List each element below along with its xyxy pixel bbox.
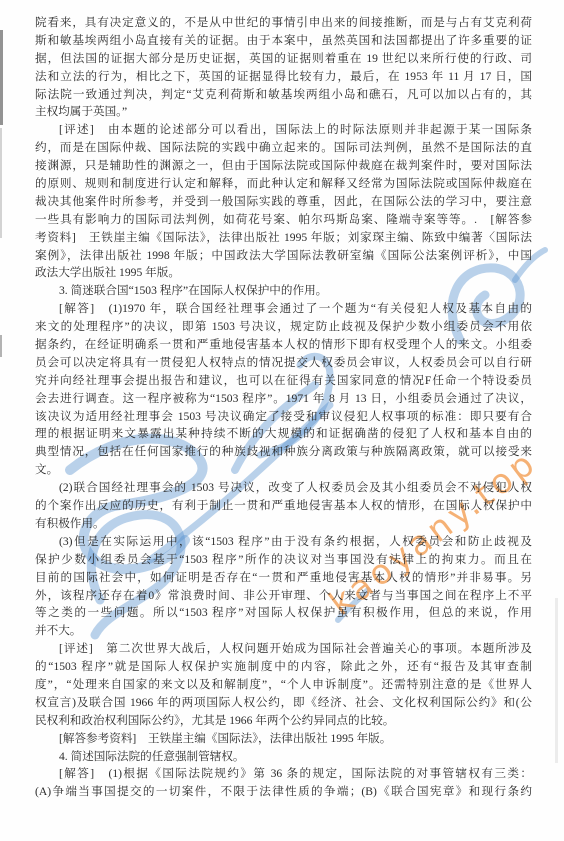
text-line: 案例》，法律出版社 1998 年版；中国政法大学国际法教研室编《国际公法案例评析… [35, 247, 532, 265]
text-line: 裁决其他案件时所参考，并受到一般国际实践的尊重，因此，在国际公法的学习中，要注意 [35, 193, 532, 211]
text-line: 员会可以决定将具有一贯侵犯人权特点的情况提交人权委员会审议，人权委员会可以自行研 [35, 354, 532, 372]
text-line: 约，而是在国际仲裁、国际法院的实践中确立起来的。国际司法判例，虽然不是国际法的直 [35, 139, 532, 157]
text-line: 究并向经社理事会提出报告和建议，也可以在征得有关国家同意的情况F任命一个特设委员 [35, 372, 532, 390]
text-line: 际法院一致通过判决，判定“艾克利荷斯和敏基埃两组小岛和礁石，凡可以加以占有的，其 [35, 86, 532, 104]
text-line: 外，该程序还存在着0》常浪费时间、非公开审理、个人来文者与当事国之间在程序上不平 [35, 587, 532, 605]
text-line: [评述] 第二次世界大战后，人权问题开始成为国际社会普遍关心的事项。本题所涉及 [35, 640, 532, 658]
text-line: 3. 简迷联合国“1503 程序”在国际人权保护中的作用。 [35, 282, 532, 300]
text-line: 的个案作出反应的历史，有利于制止一贯和严重地侵害基本人权的情形，在国际人权保护中 [35, 497, 532, 515]
document-page: kaoyany.top 院看来，具有决定意义的，不是从中世纪的事情引申出来的间接… [0, 0, 564, 841]
text-line: 据，但法国的证据大部分是历史证据，英国的证据则着重在 19 世纪以来所行使的行政… [35, 50, 532, 68]
text-line: 院看来，具有决定意义的，不是从中世纪的事情引申出来的间接推断，而是与占有艾克利荷 [35, 14, 532, 32]
scan-edge-artifact [0, 335, 2, 357]
text-line: 有积极作用。 [35, 515, 532, 533]
text-line: 4. 简述国际法院的任意强制管辖权。 [35, 748, 532, 766]
text-line: [解答参考资料] 王铁崖主编《国际法》，法律出版社 1995 年版。 [35, 730, 532, 748]
text-line: 接渊源，只是辅助性的渊源之一，但由于国际法院或国际仲裁庭在裁判案件时，要对国际法 [35, 157, 532, 175]
scan-edge-artifact [0, 128, 2, 238]
text-line: 目前的国际社会中，如何证明是否存在“一贯和严重地侵害基本人权的情形”并非易事。另 [35, 569, 532, 587]
text-line: 的“1503 程序”就是国际人权保护实施制度中的内容，除此之外，还有“报告及其审… [35, 658, 532, 676]
text-line: 典型情况，包括在任何国家推行的种族歧视和种族分离政策与种族隔离政策，就可以接受来 [35, 443, 532, 461]
text-line: 度”，“处理来自国家的来文以及和解制度”，“个人申诉制度”。还需特别注意的是《世… [35, 676, 532, 694]
text-line: [解答] (1)根据《国际法院规约》第 36 条的规定，国际法院的对事管辖权有三… [35, 765, 532, 783]
text-line: 斯和敏基埃两组小岛直接有关的证据。由于本案中，虽然英国和法国都提出了许多重要的证 [35, 32, 532, 50]
text-line: [评述] 由本题的论述部分可以看出，国际法上的时际法原则并非起源于某一国际条 [35, 121, 532, 139]
text-line: 民权利和政治权利国际公约》，尤其是 1966 年两个公约异同点的比较。 [35, 712, 532, 730]
text-line: 考资料] 王铁崖主编《国际法》，法律出版社 1995 年版；刘家琛主编、陈致中编… [35, 229, 532, 247]
text-line: 一些具有影响力的国际司法判例，如荷花号案、帕尔玛斯岛案、隆端寺案等等。. [解答… [35, 211, 532, 229]
text-line: 会去进行调查。这一程序被称为“1503 程序”。1971 年 8 月 13 日，… [35, 390, 532, 408]
text-line: (A)争端当事国提交的一切案件，不限于法律性质的争端；(B)《联合国宪章》和现行… [35, 783, 532, 801]
text-line: 文。 [35, 461, 532, 479]
text-line: (2)联合国经社理事会的 1503 号决议，改变了人权委员会及其小组委员会不对侵… [35, 479, 532, 497]
text-line: 该决议为适用经社理事会 1503 号决议确定了接受和审议侵犯人权事项的标准：即只… [35, 408, 532, 426]
text-line: [解答] (1)1970 年，联合国经社理事会通过了一个题为“有关侵犯人权及基本… [35, 300, 532, 318]
text-line: 法和立法的行为，相比之下，英国的证据显得比较有力，最后，在 1953 年 11 … [35, 68, 532, 86]
text-block: 院看来，具有决定意义的，不是从中世纪的事情引申出来的间接推断，而是与占有艾克利荷… [35, 14, 532, 801]
text-line: 的原则、规则和制度进行认定和解释，而此种认定和解释又经常为国际法院或国际仲裁庭在 [35, 175, 532, 193]
text-line: 保护少数小组委员会基于“1503 程序”所作的决议对当事国没有法律上的拘束力。而… [35, 551, 532, 569]
text-line: 并不大。 [35, 622, 532, 640]
text-line: 权宣言)及联合国 1966 年的两项国际人权公约，即《经济、社会、文化权利国际公… [35, 694, 532, 712]
text-line: (3)但是在实际运用中，该“1503 程序”由于没有条约根据，人权委员会和防止歧… [35, 533, 532, 551]
scan-edge-artifact [555, 598, 558, 763]
text-line: 等之类的一些问题。所以“1503 程序”对国际人权保护虽有积极作用，但总的来说，… [35, 604, 532, 622]
text-line: 来文的处理程序”的决议，即第 1503 号决议，规定防止歧视及保护少数小组委员会… [35, 318, 532, 336]
text-line: 据条约，在经证明确系一贯和严重地侵害基本人权的情形下即有权受理个人的来文。小组委 [35, 336, 532, 354]
scan-edge-artifact [0, 30, 3, 125]
text-line: 理的根据证明来文暴露出某种持续不断的大规模的和证据确凿的侵犯了人权和基本自由的 [35, 425, 532, 443]
text-line: 主权均属于英国。” [35, 103, 532, 121]
text-line: 政法大学出版社 1995 年版。 [35, 264, 532, 282]
